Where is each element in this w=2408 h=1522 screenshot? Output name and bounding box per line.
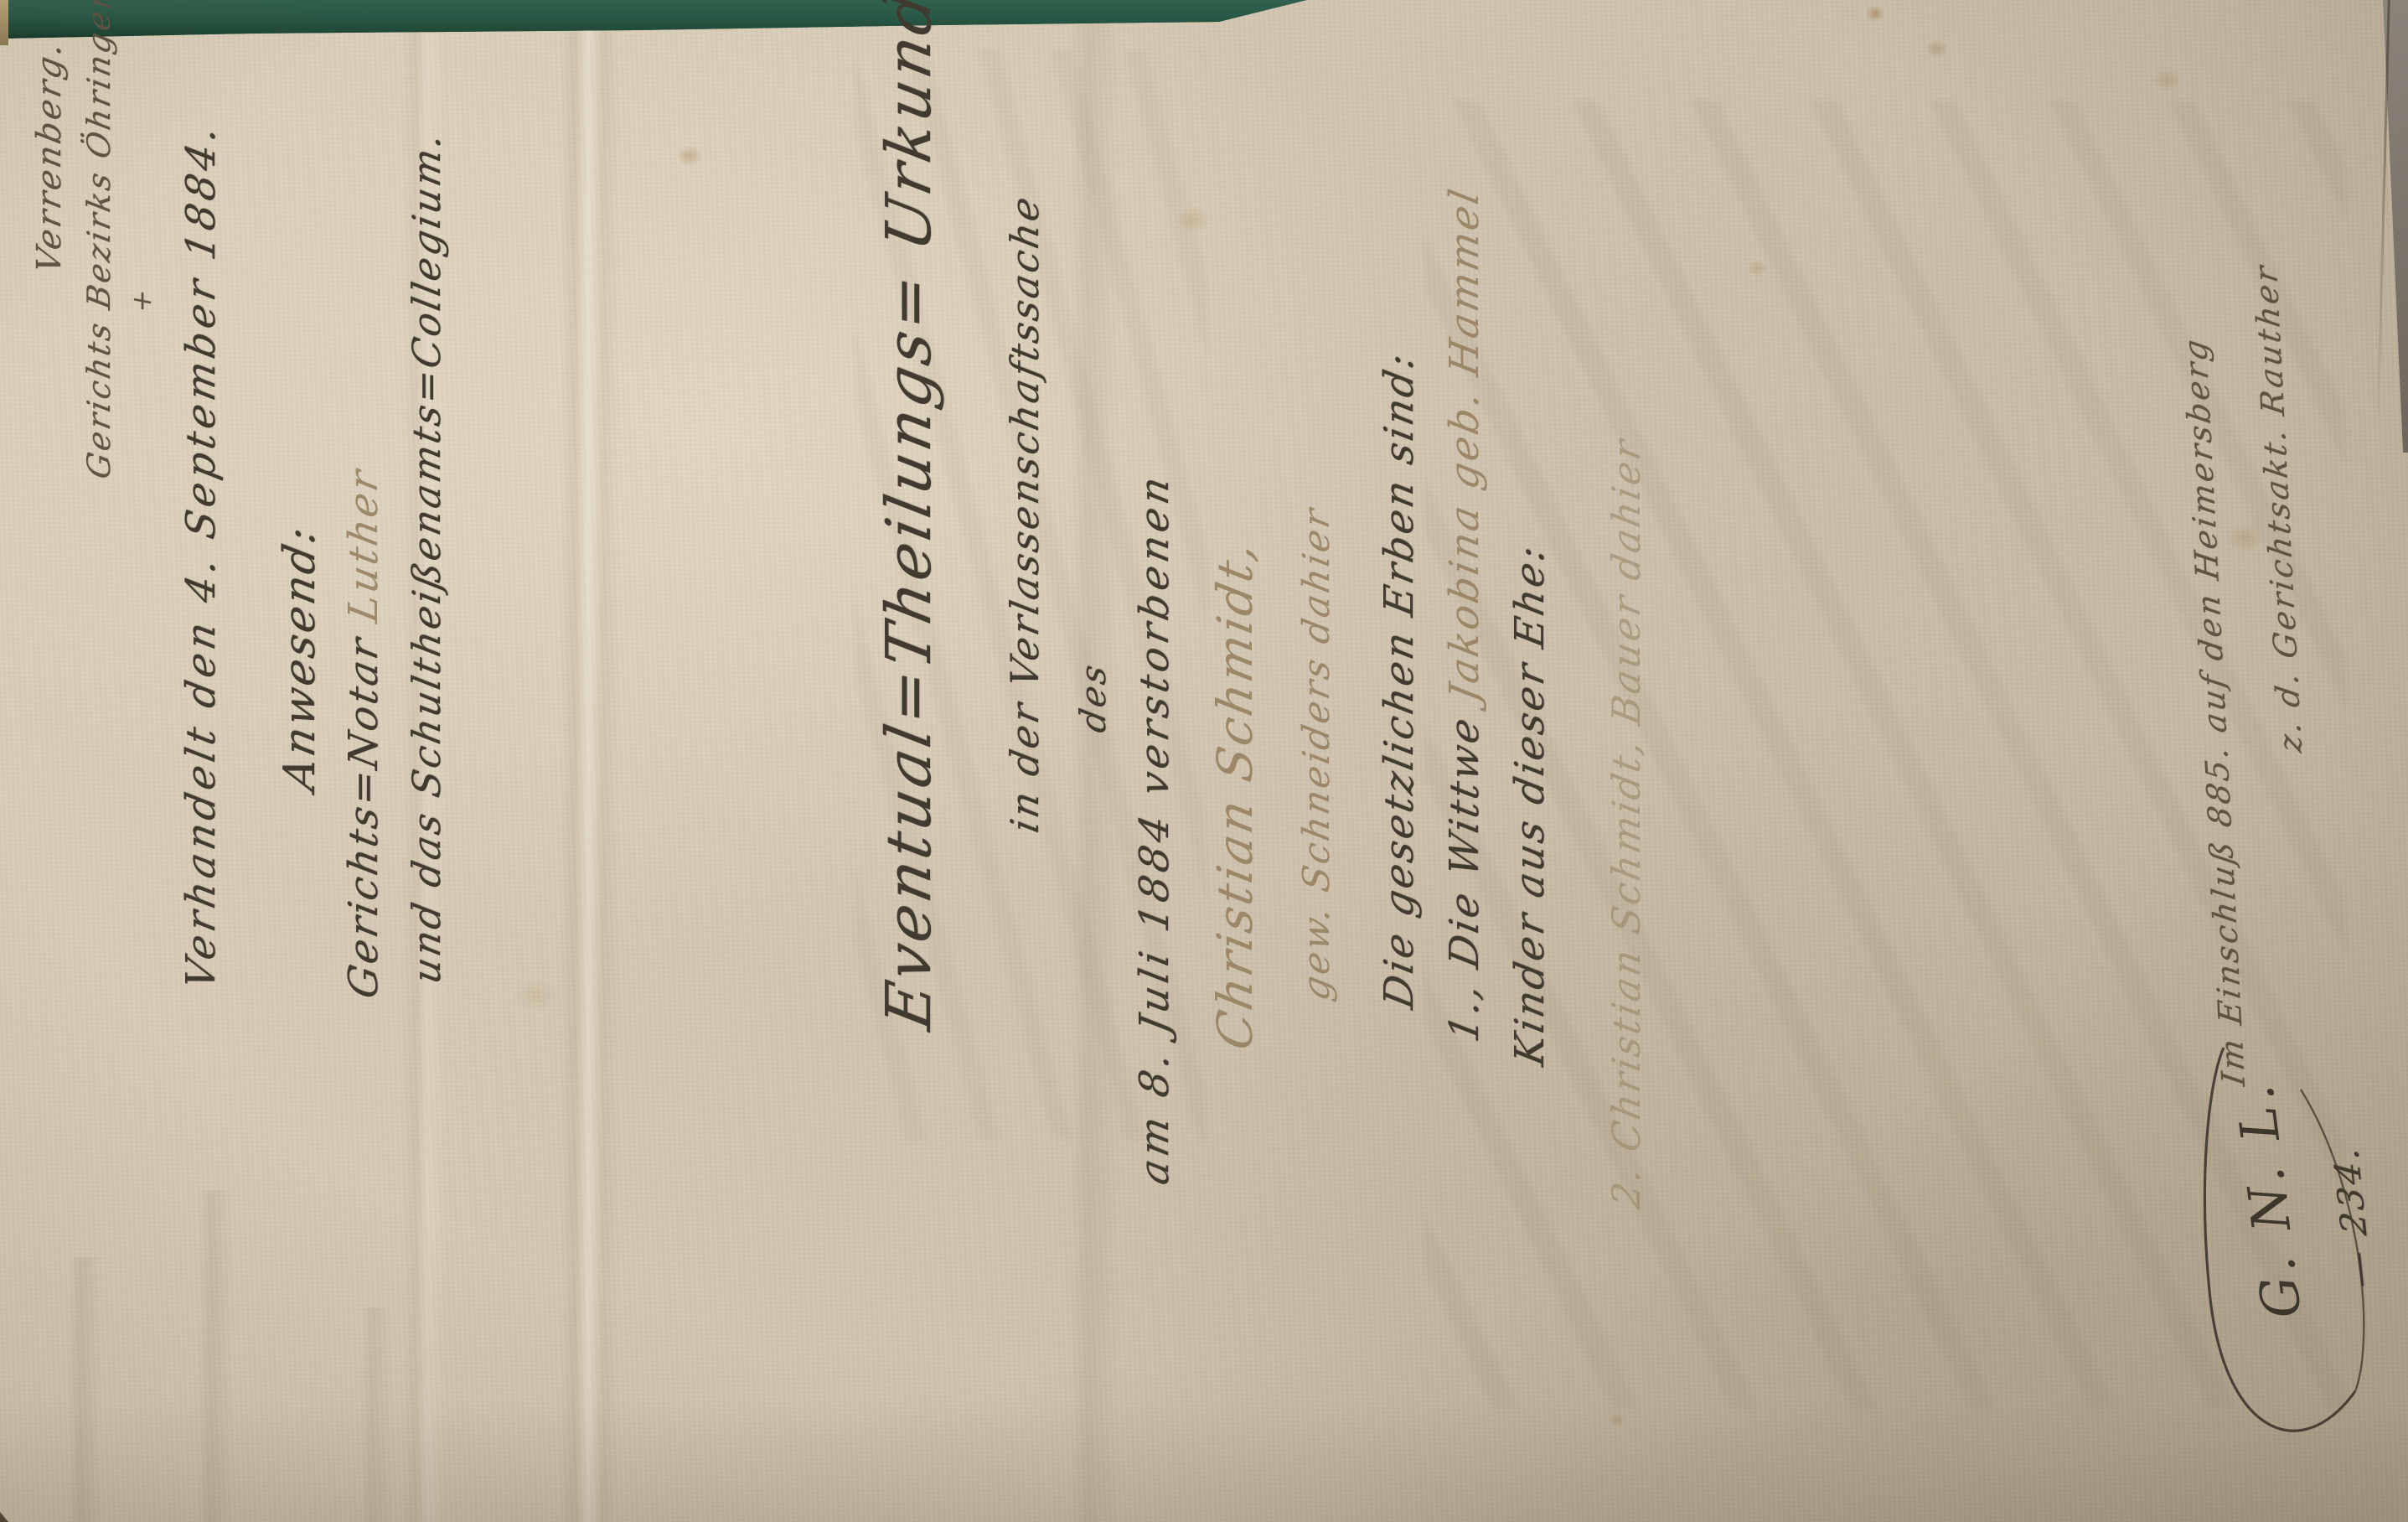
insert-mark: + — [126, 284, 158, 315]
dateline-district: Gerichts Bezirks Öhringen. — [80, 0, 117, 482]
notary-paraph-initials: G. N. L. — [2224, 1077, 2313, 1322]
death-date-line: am 8. Juli 1884 verstorbenen — [1131, 469, 1178, 1188]
present-officer-name: Luther — [340, 464, 387, 626]
registry-note-line1: Im Einschluß 885. auf den Heimersberg — [2177, 335, 2252, 1088]
opening-line: Verhandelt den 4. September 1884. — [178, 119, 225, 993]
heir-2: 2. Christian Schmidt, Bauer dahier — [1604, 433, 1649, 1212]
deed-des: des — [1072, 659, 1114, 736]
deed-subtitle: in der Verlassenschaftssache — [1002, 191, 1047, 836]
handwritten-page: Verrenberg. Gerichts Bezirks Öhringen. +… — [0, 0, 2408, 1522]
registry-note-line2: z. d. Gerichtsakt. Rauther — [2247, 261, 2309, 754]
deceased-description: gew. Schneiders dahier — [1295, 503, 1338, 1004]
dateline-place: Verrenberg. — [30, 38, 69, 277]
document-photo: Verrenberg. Gerichts Bezirks Öhringen. +… — [0, 0, 2408, 1522]
present-officer: Gerichts=Notar Luther — [340, 464, 387, 1002]
heir-1: 1., Die Wittwe Jakobina geb. Hammel — [1441, 184, 1488, 1046]
children-line: Kinder aus dieser Ehe: — [1506, 540, 1553, 1069]
heir-1-name: Jakobina geb. Hammel — [1441, 184, 1488, 706]
deceased-name: Christian Schmidt, — [1207, 536, 1263, 1054]
present-heading: Anwesend: — [275, 520, 325, 795]
heirs-heading: Die gesetzlichen Erben sind: — [1376, 348, 1423, 1012]
present-officer-title: Gerichts=Notar — [340, 617, 387, 1002]
heir-1-prefix: 1., Die Wittwe — [1441, 696, 1488, 1046]
deed-title: Eventual=Theilungs= Urkunde — [873, 0, 945, 1035]
present-college: und das Schultheißenamts=Collegium. — [404, 127, 449, 987]
